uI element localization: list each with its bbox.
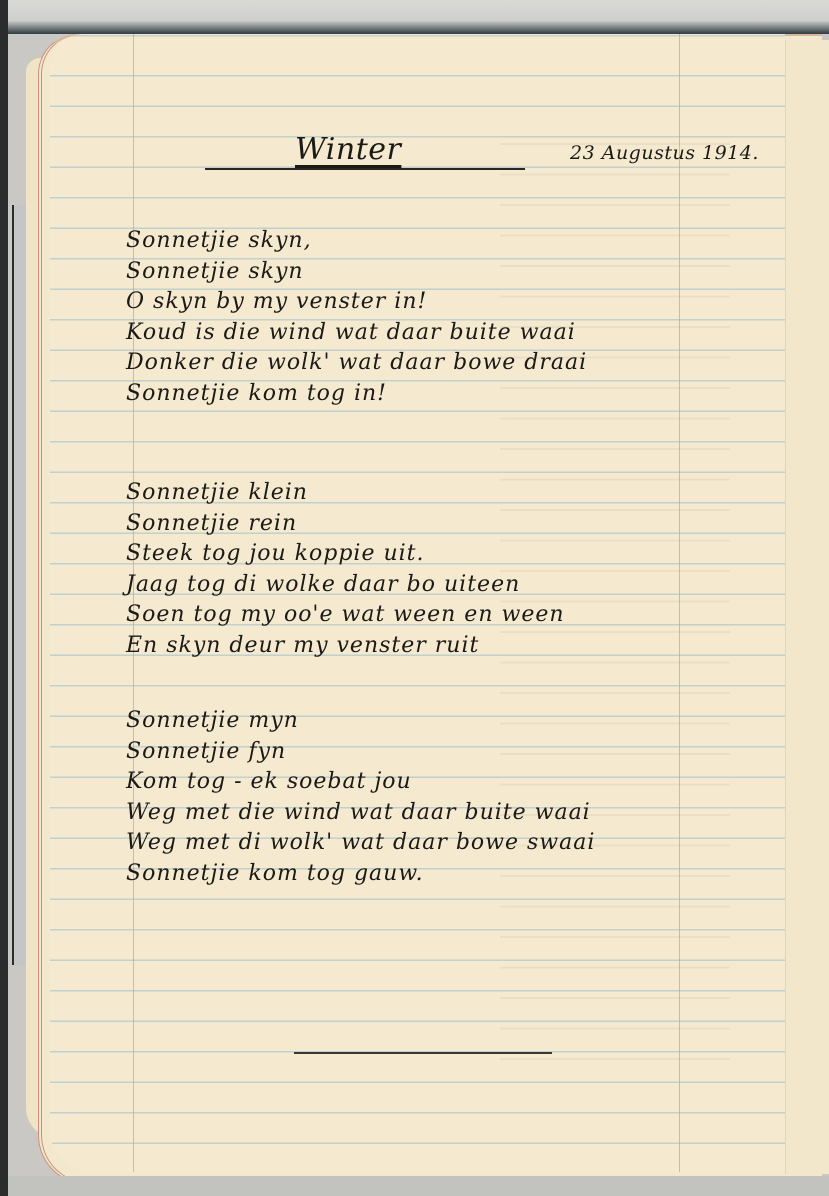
poem-line: Sonnetjie rein — [126, 509, 565, 540]
poem-line: Weg met die wind wat daar buite waai — [126, 798, 595, 829]
end-rule — [294, 1052, 552, 1054]
poem-line: Sonnetjie kom tog gauw. — [126, 859, 595, 890]
stanza-2: Sonnetjie klein Sonnetjie rein Steek tog… — [126, 478, 565, 661]
poem-line: Sonnetjie skyn — [126, 257, 587, 288]
poem-line: Sonnetjie myn — [126, 706, 595, 737]
scanner-edge — [0, 0, 8, 1196]
poem-line: Sonnetjie fyn — [126, 737, 595, 768]
poem-line: Jaag tog di wolke daar bo uiteen — [126, 570, 565, 601]
notebook-page: Winter 23 Augustus 1914. Sonnetjie skyn,… — [50, 34, 785, 1172]
poem-title: Winter — [295, 132, 401, 167]
poem-line: Soen tog my oo'e wat ween en ween — [126, 600, 565, 631]
poem-line: Sonnetjie skyn, — [126, 226, 587, 257]
poem-line: Steek tog jou koppie uit. — [126, 539, 565, 570]
scanner-background — [8, 0, 829, 34]
facing-page-edge — [785, 40, 829, 1174]
poem-line: Koud is die wind wat daar buite waai — [126, 318, 587, 349]
poem-line: O skyn by my venster in! — [126, 287, 587, 318]
stanza-3: Sonnetjie myn Sonnetjie fyn Kom tog - ek… — [126, 706, 595, 889]
poem-date: 23 Augustus 1914. — [570, 142, 759, 164]
poem-line: Sonnetjie kom tog in! — [126, 379, 587, 410]
poem-line: En skyn deur my venster ruit — [126, 631, 565, 662]
poem-line: Sonnetjie klein — [126, 478, 565, 509]
poem-line: Kom tog - ek soebat jou — [126, 767, 595, 798]
title-underline-rule — [205, 168, 525, 170]
poem-line: Donker die wolk' wat daar bowe draai — [126, 348, 587, 379]
stanza-1: Sonnetjie skyn, Sonnetjie skyn O skyn by… — [126, 226, 587, 409]
poem-line: Weg met di wolk' wat daar bowe swaai — [126, 828, 595, 859]
scanner-background-bottom — [8, 1176, 829, 1196]
